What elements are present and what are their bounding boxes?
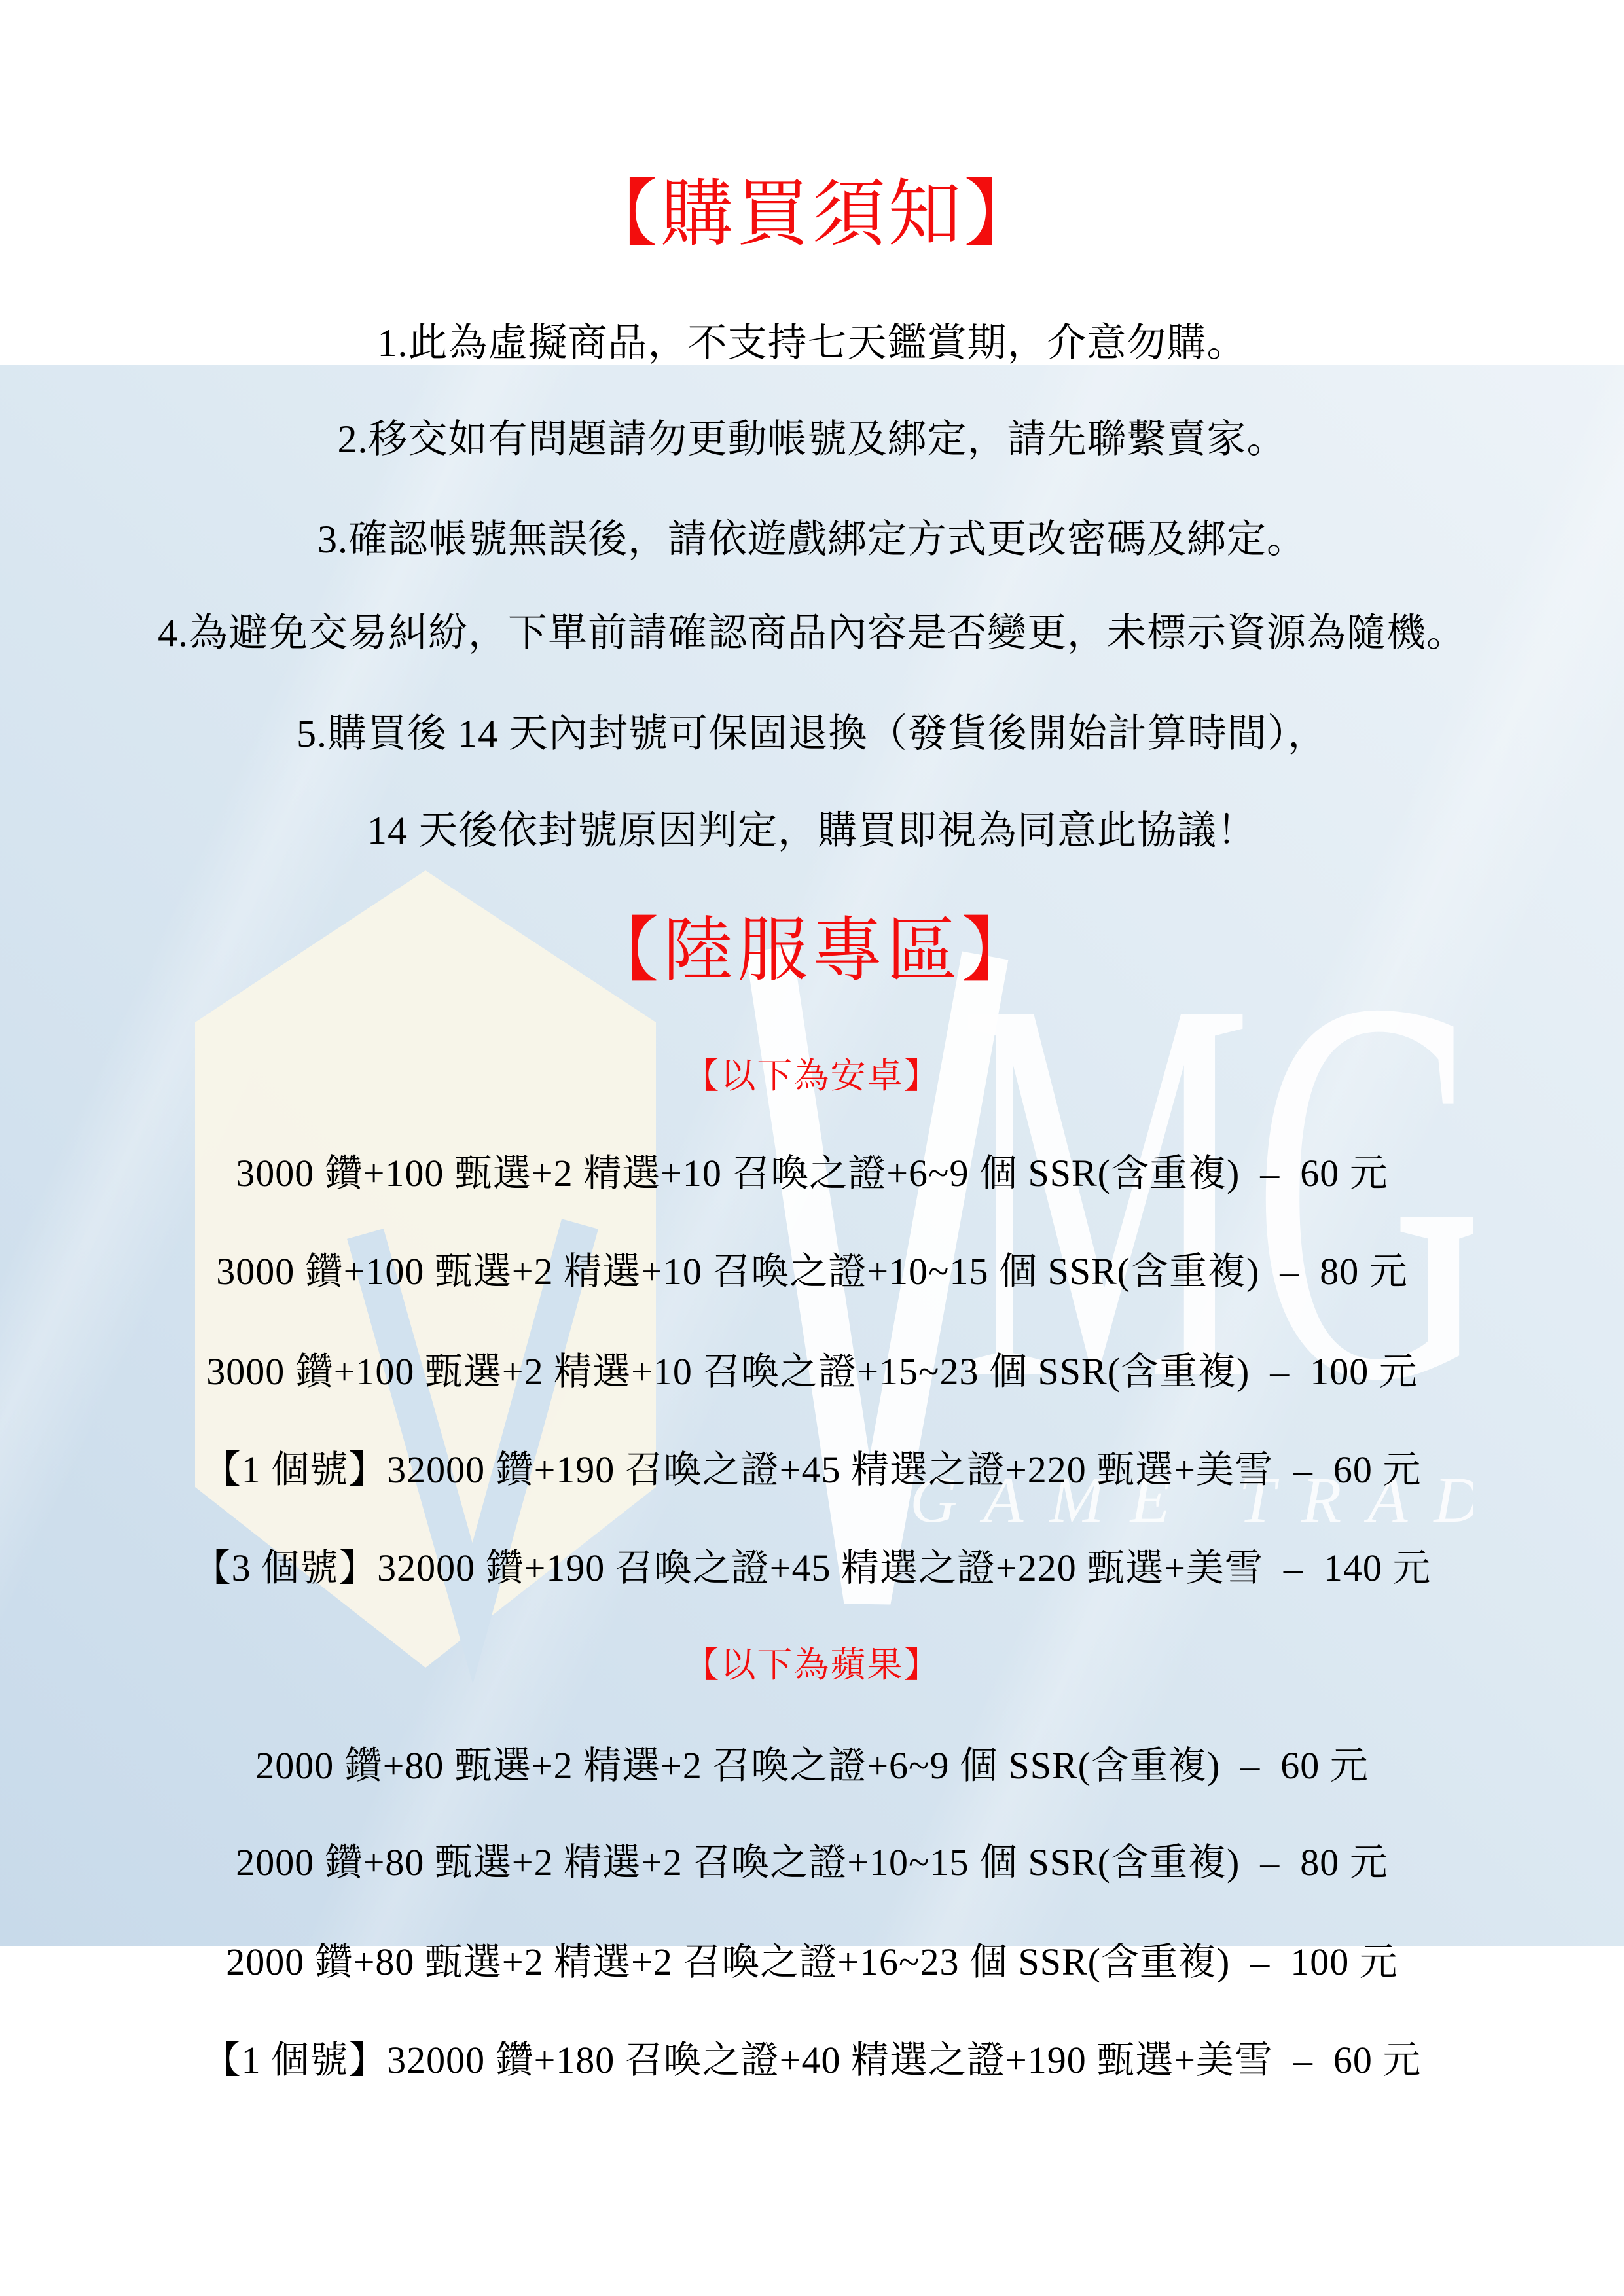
apple-product-2: 2000 鑽+80 甄選+2 精選+2 召喚之證+10~15 個 SSR(含重複…: [0, 1844, 1624, 1882]
page-title: 【購買須知】: [0, 178, 1624, 251]
section-title-cn-server: 【陸服專區】: [0, 916, 1624, 987]
android-product-5: 【3 個號】32000 鑽+190 召喚之證+45 精選之證+220 甄選+美雪…: [0, 1549, 1624, 1587]
android-product-3: 3000 鑽+100 甄選+2 精選+10 召喚之證+15~23 個 SSR(含…: [0, 1353, 1624, 1391]
apple-product-3: 2000 鑽+80 甄選+2 精選+2 召喚之證+16~23 個 SSR(含重複…: [0, 1943, 1624, 1981]
subsection-header-android: 【以下為安卓】: [0, 1058, 1624, 1094]
android-product-4: 【1 個號】32000 鑽+190 召喚之證+45 精選之證+220 甄選+美雪…: [0, 1451, 1624, 1489]
notice-item-4: 4.為避免交易糾紛，下單前請確認商品內容是否變更，未標示資源為隨機。: [0, 613, 1624, 653]
notice-item-1: 1.此為虛擬商品，不支持七天鑑賞期，介意勿購。: [0, 323, 1624, 363]
page: MG GAME TRADE 【購買須知】 1.此為虛擬商品，不支持七天鑑賞期，介…: [0, 0, 1624, 2296]
notice-item-6: 14 天後依封號原因判定，購買即視為同意此協議！: [0, 811, 1624, 850]
notice-item-5: 5.購買後 14 天內封號可保固退換（發貨後開始計算時間），: [0, 714, 1624, 753]
android-product-1: 3000 鑽+100 甄選+2 精選+10 召喚之證+6~9 個 SSR(含重複…: [0, 1155, 1624, 1193]
apple-product-1: 2000 鑽+80 甄選+2 精選+2 召喚之證+6~9 個 SSR(含重複) …: [0, 1747, 1624, 1785]
android-product-2: 3000 鑽+100 甄選+2 精選+10 召喚之證+10~15 個 SSR(含…: [0, 1253, 1624, 1291]
subsection-header-apple: 【以下為蘋果】: [0, 1647, 1624, 1683]
notice-item-2: 2.移交如有問題請勿更動帳號及綁定，請先聯繫賣家。: [0, 420, 1624, 459]
apple-product-4: 【1 個號】32000 鑽+180 召喚之證+40 精選之證+190 甄選+美雪…: [0, 2041, 1624, 2079]
notice-item-3: 3.確認帳號無誤後，請依遊戲綁定方式更改密碼及綁定。: [0, 520, 1624, 559]
